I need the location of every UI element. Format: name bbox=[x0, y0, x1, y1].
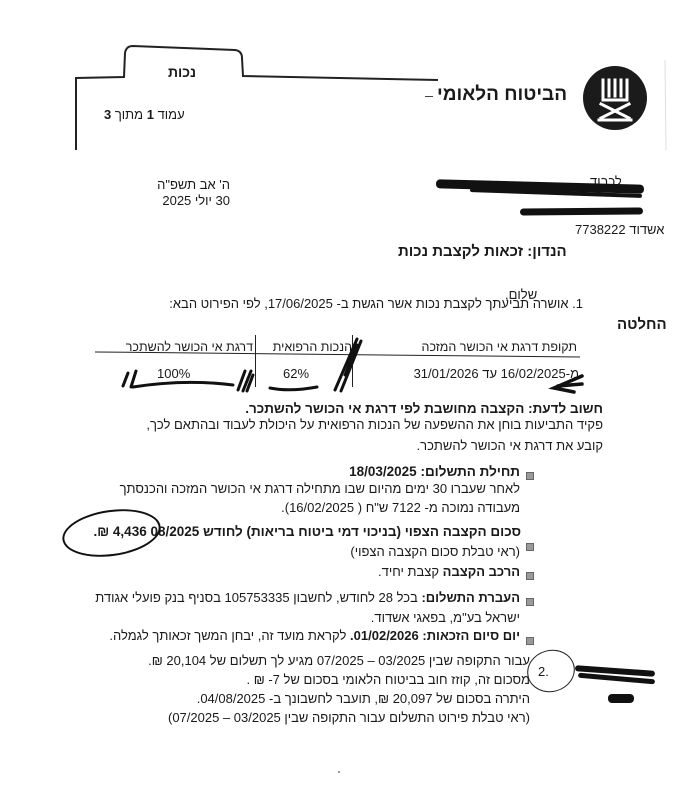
entitlement-end-label: יום סיום הזכאות: bbox=[422, 628, 520, 643]
bituach-leumi-logo-icon bbox=[583, 66, 647, 130]
handwritten-circle-mark bbox=[522, 645, 579, 698]
page-current: 1 bbox=[147, 107, 154, 122]
divider bbox=[425, 96, 433, 97]
payment-start-line1: לאחר שעברו 30 ימים מהיום שבו מתחילה דרגת… bbox=[80, 481, 520, 496]
item-2-line4: (ראי טבלת פירוט התשלום עבור התקופה שבין … bbox=[110, 710, 530, 725]
important-note-body: פקיד התביעות בוחן את ההשפעה של הנכות הרפ… bbox=[60, 417, 603, 432]
important-note-body-2: קובע את דרגת אי הכושר להשתכר. bbox=[60, 438, 603, 453]
gregorian-date: 30 יולי 2025 bbox=[150, 193, 230, 208]
redaction-scribble bbox=[608, 694, 634, 703]
subject-line: הנדון: זכאות לקצבת נכות bbox=[398, 243, 567, 260]
hebrew-date: ה' אב תשפ"ה bbox=[150, 177, 230, 192]
page-total: 3 bbox=[104, 107, 111, 122]
item-2-line3: היתרה בסכום של 20,097 ₪, תועבר לחשבונך ב… bbox=[110, 691, 530, 706]
bullet-icon bbox=[526, 572, 534, 580]
item-2-line1: עבור התקופה שבין 03/2025 – 07/2025 מגיע … bbox=[110, 653, 530, 668]
entitlement-table: תקופת דרגת אי הכושר המזכה הנכות הרפואית … bbox=[95, 335, 580, 395]
composition-value: קצבת יחיד. bbox=[378, 564, 439, 579]
payment-transfer: העברת התשלום: בכל 28 לחודש, לחשבון 10575… bbox=[60, 590, 520, 605]
item-2-line2: מסכום זה, קוזז חוב בביטוח הלאומי בסכום ש… bbox=[110, 672, 530, 687]
entitlement-end: יום סיום הזכאות: 01/02/2026. לקראת מועד … bbox=[60, 628, 520, 643]
page-label: עמוד bbox=[158, 107, 185, 122]
payment-start-label: תחילת התשלום: bbox=[420, 464, 520, 479]
bullet-icon bbox=[526, 598, 534, 606]
payment-start-date: 18/03/2025 bbox=[349, 464, 417, 479]
transfer-line1: בכל 28 לחודש, לחשבון 105753335 בסניף בנק… bbox=[95, 590, 418, 605]
item-2-number: 2. bbox=[538, 664, 549, 679]
handwritten-arrow-icon bbox=[548, 370, 588, 403]
recipient-city-line: אשדוד 7738222 bbox=[575, 222, 664, 237]
entitlement-end-rest: לקראת מועד זה, יבחן המשך זכאותך לגמלה. bbox=[109, 628, 346, 643]
composition: הרכב הקצבה קצבת יחיד. bbox=[200, 564, 520, 579]
organization-name: הביטוח הלאומי bbox=[437, 84, 567, 106]
decision-label: החלטה bbox=[617, 316, 667, 333]
entitlement-end-date: 01/02/2026. bbox=[350, 628, 419, 643]
bullet-icon bbox=[526, 472, 534, 480]
expected-amount-label: סכום הקצבה הצפוי (בניכוי דמי ביטוח בריאו… bbox=[150, 524, 521, 539]
bullet-icon bbox=[526, 637, 534, 645]
approval-statement: 1. אושרה תביעתך לקצבת נכות אשר הגשת ב- 1… bbox=[128, 296, 583, 311]
tab-title: נכות bbox=[157, 64, 207, 80]
handwritten-marks bbox=[95, 335, 580, 395]
payment-start: תחילת התשלום: 18/03/2025 bbox=[200, 464, 520, 479]
redacted-recipient-address bbox=[520, 207, 643, 215]
transfer-line2: ישראל בע"מ, בפאגי אשדוד. bbox=[200, 610, 520, 625]
composition-label: הרכב הקצבה bbox=[443, 564, 520, 579]
page-indicator: עמוד 1 מתוך 3 bbox=[104, 107, 185, 122]
bullet-icon bbox=[526, 543, 534, 551]
page-of-label: מתוך bbox=[115, 107, 143, 122]
transfer-label: העברת התשלום: bbox=[421, 590, 520, 605]
expected-amount-note: (ראי טבלת סכום הקצבה הצפוי) bbox=[200, 544, 520, 559]
important-note-title: חשוב לדעת: הקצבה מחושבת לפי דרגת אי הכוש… bbox=[80, 401, 603, 416]
scan-speck bbox=[338, 771, 340, 773]
